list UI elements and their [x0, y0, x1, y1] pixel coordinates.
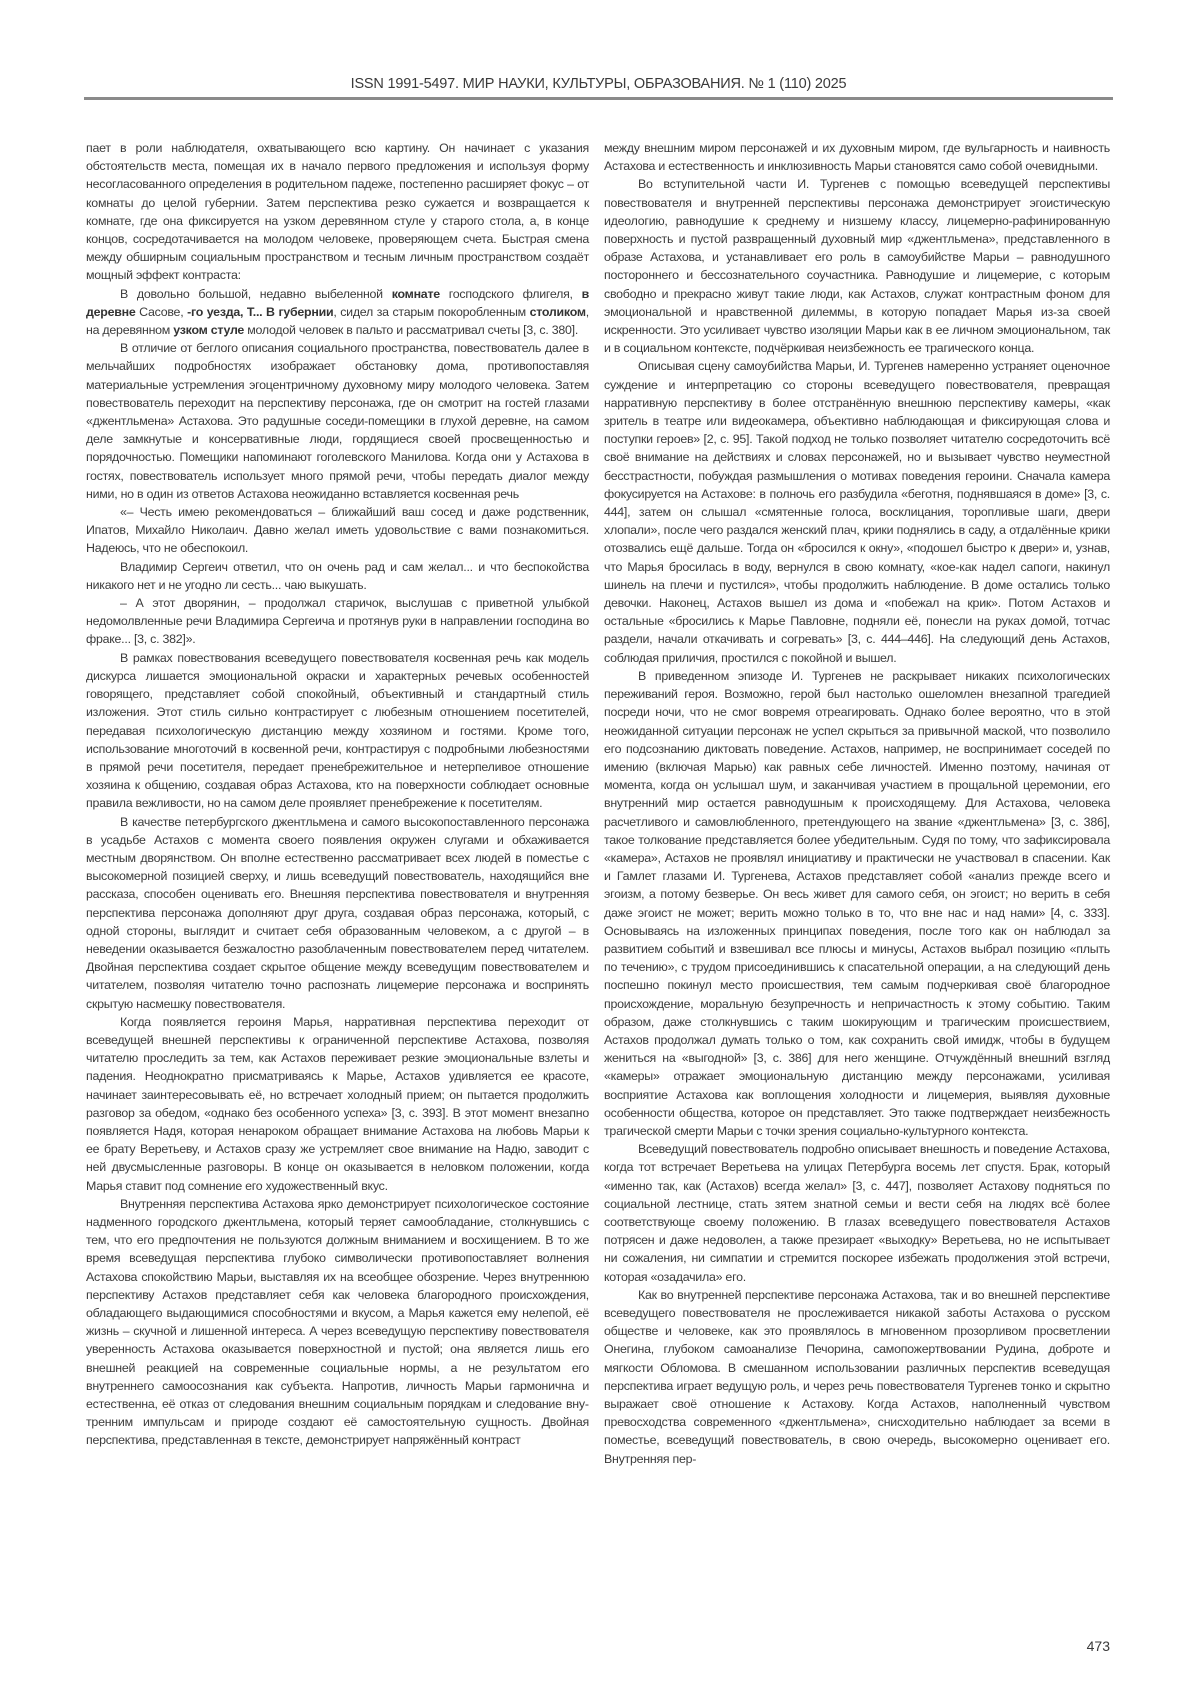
paragraph: Внутренняя перспектива Астахова ярко дем… — [86, 1195, 589, 1450]
paragraph: Во вступительной части И. Тургенев с пом… — [604, 175, 1110, 357]
paragraph: В отличие от беглого описания социальног… — [86, 339, 589, 503]
left-column: пает в роли наблюдателя, охватывающего в… — [86, 139, 589, 1450]
paragraph: В приведенном эпизоде И. Тургенев не рас… — [604, 667, 1110, 1140]
paragraph: между внешним миром персонажей и их духо… — [604, 139, 1110, 175]
paragraph: Как во внутренней перспективе персонажа … — [604, 1286, 1110, 1468]
block-quote: В довольно большой, недавно выбеленной к… — [86, 285, 589, 340]
right-column: между внешним миром персонажей и их духо… — [604, 139, 1110, 1468]
paragraph: В качестве петербургского джентльмена и … — [86, 813, 589, 1013]
page-number: 473 — [1050, 1638, 1110, 1654]
dialogue-quote: Владимир Сергеич ответил, что он очень р… — [86, 558, 589, 594]
paragraph: В рамках повествования всеведущего повес… — [86, 649, 589, 813]
running-head: ISSN 1991-5497. МИР НАУКИ, КУЛЬТУРЫ, ОБР… — [84, 76, 1113, 92]
paragraph: Всеведущий повествователь подробно описы… — [604, 1140, 1110, 1286]
dialogue-quote: «– Честь имею рекомендоваться – ближайши… — [86, 503, 589, 558]
paragraph: Когда появляется героиня Марья, нарратив… — [86, 1013, 589, 1195]
paragraph: Описывая сцену самоубийства Марьи, И. Ту… — [604, 357, 1110, 666]
header-rule — [84, 97, 1113, 100]
dialogue-quote: – А этот дворянин, – продолжал старичок,… — [86, 594, 589, 649]
journal-page: ISSN 1991-5497. МИР НАУКИ, КУЛЬТУРЫ, ОБР… — [0, 0, 1200, 1697]
paragraph: пает в роли наблюдателя, охватывающего в… — [86, 139, 589, 285]
